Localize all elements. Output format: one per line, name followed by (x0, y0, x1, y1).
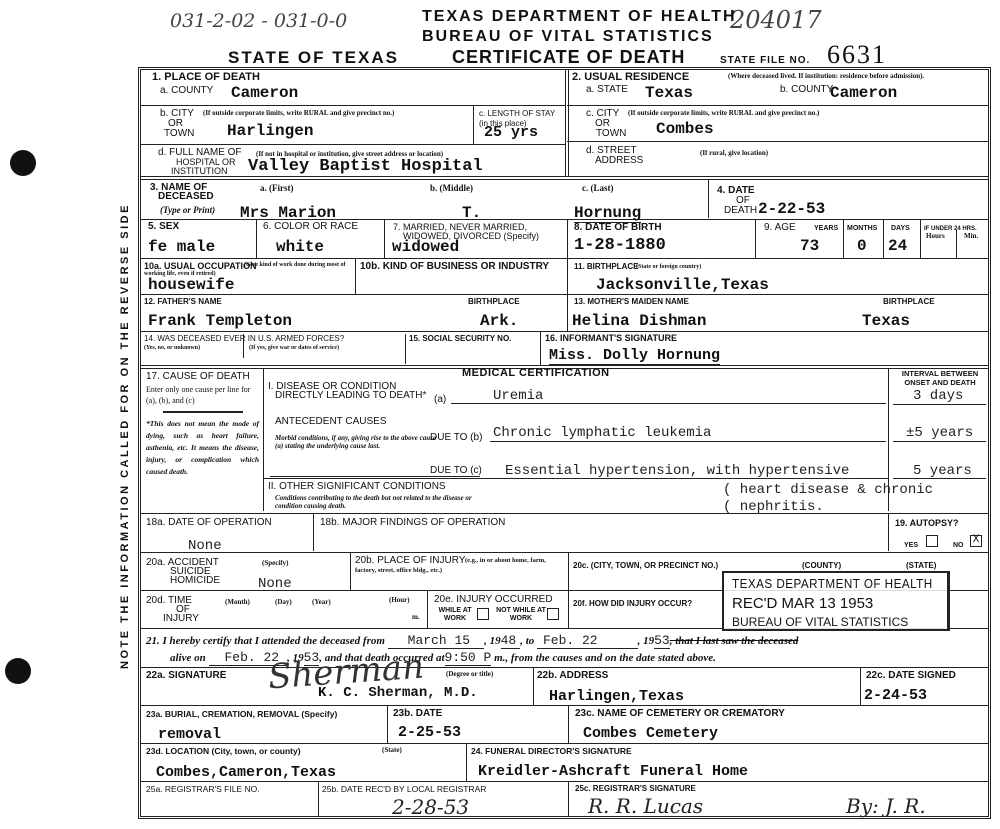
m-label: m. (412, 613, 420, 621)
month-label: (Month) (225, 598, 250, 606)
last-name[interactable]: Hornung (574, 204, 641, 223)
op-findings-label: 18b. MAJOR FINDINGS OF OPERATION (320, 518, 505, 528)
injury-specify: (Specify) (262, 559, 288, 567)
mother-name[interactable]: Helina Dishman (572, 312, 706, 330)
autopsy-yes-checkbox[interactable] (926, 535, 938, 547)
cause-note: Enter only one cause per line for (a), (… (146, 384, 261, 406)
year-prefix-2: , 19 (638, 635, 655, 647)
b-label: DUE TO (b) (430, 433, 482, 443)
mother-bp-label: BIRTHPLACE (883, 297, 935, 307)
date-recd[interactable]: 2-28-53 (392, 795, 469, 819)
res-county-label: b. COUNTY (780, 85, 833, 95)
informant-label: 16. INFORMANT'S SIGNATURE (545, 333, 677, 343)
father-name[interactable]: Frank Templeton (148, 312, 292, 330)
physician-typed-name: K. C. Sherman, M.D. (318, 685, 478, 701)
death-city[interactable]: Harlingen (227, 122, 313, 140)
injury-location-label: 20c. (CITY, TOWN, OR PRECINCT NO.) (573, 561, 718, 571)
hour-label: (Hour) (389, 596, 410, 604)
burial-date[interactable]: 2-25-53 (398, 724, 461, 741)
occurred-label: 20e. INJURY OCCURRED (434, 595, 553, 605)
interval-c[interactable]: 5 years (913, 463, 972, 479)
attended-from-year[interactable]: 48 (501, 633, 521, 649)
certificate-title: CERTIFICATE OF DEATH (452, 47, 685, 68)
father-bp-label: BIRTHPLACE (468, 297, 520, 307)
death-time[interactable]: 9:50 P (445, 650, 492, 666)
age-days[interactable]: 24 (888, 237, 907, 255)
res-city-town: TOWN (596, 129, 626, 139)
registrar-by: By: J. R. (846, 794, 926, 818)
age-months[interactable]: 0 (857, 237, 867, 255)
race[interactable]: white (276, 238, 324, 256)
injury-state-label: (STATE) (906, 561, 936, 571)
months-label: MONTHS (847, 224, 877, 234)
middle-name[interactable]: T. (462, 204, 481, 222)
res-city[interactable]: Combes (656, 120, 714, 138)
not-while-work-label: NOT WHILE AT WORK (496, 607, 546, 623)
informant-signature[interactable]: Miss. Dolly Hornung (549, 347, 720, 365)
injury-type-label-3: HOMICIDE (170, 576, 220, 586)
autopsy-no-label: NO (953, 541, 964, 551)
armed-note-1: (Yes, no, or unknown) (144, 344, 200, 352)
marital-status[interactable]: widowed (392, 238, 459, 256)
cert-text-4: m., from the causes and on the date stat… (494, 652, 716, 664)
autopsy-no-mark: X (973, 534, 980, 546)
side-note: NOTE THE INFORMATION CALLED FOR ON THE R… (119, 176, 131, 696)
op-date[interactable]: None (188, 538, 222, 554)
armed-note-2: (If yes, give war or dates of service) (249, 344, 339, 352)
cause-label: 17. CAUSE OF DEATH (146, 372, 250, 382)
dob-label: 8. DATE OF BIRTH (574, 223, 662, 233)
cert-text-2: , that I last saw the deceased (670, 635, 799, 647)
dept-header: TEXAS DEPARTMENT OF HEALTH (422, 8, 737, 26)
burial-date-label: 23b. DATE (393, 709, 442, 719)
age-label: 9. AGE (764, 223, 796, 233)
usual-residence-note: (Where deceased lived. If institution: r… (728, 72, 978, 80)
day-label: (Day) (275, 598, 292, 606)
hospital-label-3: INSTITUTION (171, 166, 228, 176)
part2-label: II. OTHER SIGNIFICANT CONDITIONS (268, 482, 446, 492)
burial-location[interactable]: Combes,Cameron,Texas (156, 764, 336, 781)
part2-note: Conditions contributing to the death but… (275, 494, 485, 510)
street-note: (If rural, give location) (700, 149, 768, 157)
years-label: YEARS (814, 224, 838, 234)
sex-label: 5. SEX (148, 222, 179, 232)
industry-label: 10b. KIND OF BUSINESS OR INDUSTRY (360, 262, 549, 272)
mother-label: 13. MOTHER'S MAIDEN NAME (574, 297, 689, 307)
hours-label: Hours (926, 232, 945, 240)
location-label: 23d. LOCATION (City, town, or county) (146, 746, 301, 756)
registrar-file-label: 25a. REGISTRAR'S FILE NO. (146, 784, 260, 794)
date-of-birth[interactable]: 1-28-1880 (574, 236, 666, 255)
cemetery[interactable]: Combes Cemetery (583, 725, 718, 742)
how-label: 20f. HOW DID INJURY OCCUR? (573, 599, 692, 609)
bureau-header: BUREAU OF VITAL STATISTICS (422, 28, 714, 46)
interval-b[interactable]: ±5 years (906, 425, 973, 441)
medical-title: MEDICAL CERTIFICATION (462, 368, 610, 378)
res-state-label: a. STATE (586, 85, 628, 95)
father-label: 12. FATHER'S NAME (144, 297, 222, 307)
sex[interactable]: fe male (148, 238, 215, 256)
disposition-label: 23a. BURIAL, CREMATION, REMOVAL (Specify… (146, 709, 337, 719)
city-note: (If outside corporate limits, write RURA… (203, 109, 468, 117)
cert-line-2: alive on Feb. 22, 1953, and that death o… (170, 650, 716, 665)
usual-residence-label: 2. USUAL RESIDENCE (572, 72, 689, 82)
cause-c-cont1[interactable]: ( heart disease & chronic (723, 482, 933, 498)
op-date-label: 18a. DATE OF OPERATION (146, 518, 272, 528)
address-label: 22b. ADDRESS (537, 671, 608, 681)
cause-a[interactable]: Uremia (493, 388, 543, 404)
signature-label: 22a. SIGNATURE (146, 671, 226, 681)
stamp-line3: BUREAU OF VITAL STATISTICS (732, 615, 908, 629)
birthplace-label: 11. BIRTHPLACE (574, 262, 638, 272)
state-label: STATE OF TEXAS (228, 48, 399, 68)
min-label: Min. (964, 232, 978, 240)
first-name[interactable]: Mrs Marion (240, 204, 336, 222)
part1-label-2: DIRECTLY LEADING TO DEATH* (275, 391, 426, 401)
handwritten-codes: 031-2-02 - 031-0-0 (170, 10, 347, 32)
first-name-label: a. (First) (260, 184, 294, 192)
antecedent-label: ANTECEDENT CAUSES (275, 417, 387, 427)
county-label: a. COUNTY (160, 86, 213, 96)
father-birthplace[interactable]: Ark. (480, 312, 518, 330)
last-name-label: c. (Last) (582, 184, 614, 192)
year-label: (Year) (312, 598, 331, 606)
stamp-line2: REC'D MAR 13 1953 (732, 595, 873, 612)
cause-c-cont2[interactable]: ( nephritis. (723, 499, 824, 515)
middle-name-label: b. (Middle) (430, 184, 473, 192)
interval-a[interactable]: 3 days (913, 388, 963, 404)
while-work-checkbox[interactable] (477, 608, 489, 620)
birthplace[interactable]: Jacksonville,Texas (596, 276, 769, 294)
physician-address[interactable]: Harlingen,Texas (549, 688, 684, 705)
disposition[interactable]: removal (158, 726, 221, 743)
received-stamp: TEXAS DEPARTMENT OF HEALTH REC'D MAR 13 … (722, 571, 950, 631)
death-county[interactable]: Cameron (231, 84, 298, 102)
date-signed-label: 22c. DATE SIGNED (866, 671, 956, 681)
street-label-2: ADDRESS (595, 156, 643, 166)
date-signed[interactable]: 2-24-53 (864, 687, 927, 704)
interval-label: INTERVAL BETWEEN ONSET AND DEATH (895, 369, 985, 387)
autopsy-label: 19. AUTOPSY? (895, 518, 959, 528)
antecedent-note: Morbid conditions, if any, giving rise t… (275, 434, 440, 450)
birthplace-note: (State or foreign country) (636, 263, 701, 271)
date-recd-label: 25b. DATE REC'D BY LOCAL REGISTRAR (322, 784, 486, 794)
registrar-signature[interactable]: R. R. Lucas (588, 794, 703, 818)
file-no-label: STATE FILE NO. (720, 56, 810, 66)
days-label: DAYS (891, 224, 910, 234)
degree-label: (Degree or title) (446, 670, 493, 678)
mother-birthplace[interactable]: Texas (862, 312, 910, 330)
while-work-label: WHILE AT WORK (434, 607, 476, 623)
cemetery-label: 23c. NAME OF CEMETERY OR CREMATORY (575, 709, 785, 719)
cert-line-1: 21. I hereby certify that I attended the… (146, 633, 798, 648)
funeral-label: 24. FUNERAL DIRECTOR'S SIGNATURE (471, 746, 632, 756)
location-state-label: (State) (382, 746, 402, 754)
injury-type[interactable]: None (258, 576, 292, 592)
stamp-line1: TEXAS DEPARTMENT OF HEALTH (732, 576, 933, 591)
punch-hole-bottom (5, 658, 31, 684)
punch-hole-top (10, 150, 36, 176)
res-state[interactable]: Texas (645, 84, 693, 102)
injury-place-note: (e.g., in or about home, farm, factory, … (355, 556, 565, 576)
not-while-work-checkbox[interactable] (547, 608, 559, 620)
res-city-note: (If outside corporate limits, write RURA… (628, 109, 968, 117)
armed-label: 14. WAS DECEASED EVER IN U.S. ARMED FORC… (144, 334, 344, 344)
autopsy-no-checkbox[interactable]: X (970, 535, 982, 547)
time-label-3: INJURY (163, 614, 199, 624)
to-text: , to (520, 635, 534, 647)
ssn-label: 15. SOCIAL SECURITY NO. (409, 334, 511, 344)
attended-to-date[interactable]: Feb. 22 (537, 633, 638, 649)
age-years[interactable]: 73 (800, 237, 819, 255)
file-no: 6631 (827, 40, 887, 70)
c-label: DUE TO (c) (430, 466, 482, 476)
length-of-stay[interactable]: 25 yrs (484, 124, 538, 141)
cause-c[interactable]: Essential hypertension, with hypertensiv… (505, 463, 849, 479)
city-town: TOWN (164, 129, 194, 139)
funeral-director[interactable]: Kreidler-Ashcraft Funeral Home (478, 763, 748, 780)
date-of-death[interactable]: 2-22-53 (758, 200, 825, 218)
dod-label-3: DEATH (724, 206, 757, 216)
cert-text-1: 21. I hereby certify that I attended the… (146, 635, 385, 647)
handwritten-number: 204017 (730, 6, 822, 34)
cause-footnote: *This does not mean the mode of dying, s… (146, 418, 259, 478)
name-label-2: DECEASED (158, 192, 214, 202)
attended-to-year[interactable]: 53 (654, 633, 670, 649)
attended-from-date[interactable]: March 15 (388, 633, 484, 649)
occupation[interactable]: housewife (148, 276, 234, 294)
race-label: 6. COLOR OR RACE (263, 222, 358, 232)
year-prefix-1: , 19 (484, 635, 501, 647)
place-of-death-label: 1. PLACE OF DEATH (152, 72, 260, 82)
res-county[interactable]: Cameron (830, 84, 897, 102)
a-label: (a) (434, 395, 446, 405)
alive-text: alive on (170, 652, 206, 664)
autopsy-yes-label: YES (904, 541, 918, 551)
hospital-name[interactable]: Valley Baptist Hospital (248, 157, 483, 176)
name-label-3: (Type or Print) (160, 205, 215, 215)
cause-b[interactable]: Chronic lymphatic leukemia (493, 425, 711, 441)
registrar-signature-label: 25c. REGISTRAR'S SIGNATURE (575, 784, 696, 794)
injury-county-label: (COUNTY) (802, 561, 841, 571)
